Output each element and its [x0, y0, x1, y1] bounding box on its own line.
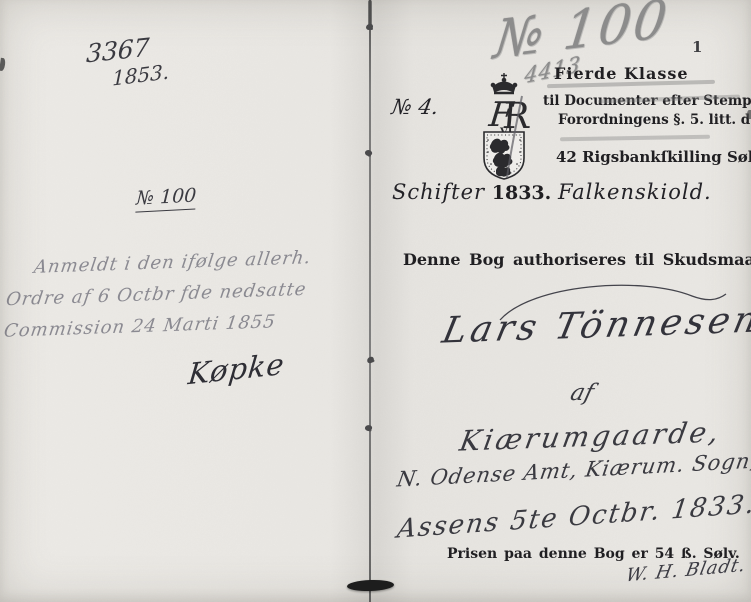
- stamp-ordinance-line: Forordningens §. 5. litt. d.: [558, 112, 751, 128]
- parish-line: N. Odense Amt, Kiærum. Sogn,: [395, 448, 751, 491]
- authorization-line: Denne Bog authoriseres til Skudsmaal for…: [403, 250, 751, 269]
- scan-edge-mark: [747, 110, 751, 119]
- stamp-class-line: Fierde Klasse: [554, 64, 689, 83]
- scan-edge-mark: [0, 58, 6, 72]
- entry-number: № 100: [135, 184, 197, 212]
- binding-seal-blot: [347, 579, 394, 592]
- pencil-number: № 100: [491, 0, 672, 71]
- form-number: № 4.: [390, 95, 441, 119]
- official-name: Falkenskiold.: [558, 180, 712, 204]
- stamp-usage-line: til Documenter efter Stempletpapirs: [543, 93, 751, 109]
- note-line: Commission 24 Marti 1855: [3, 311, 278, 342]
- binding-stitch-knot: [364, 149, 373, 158]
- officials-line: Schifter 1833. Falkenskiold.: [392, 180, 712, 204]
- date-line: Assens 5te Octbr. 1833.: [395, 489, 751, 544]
- binding-stitch-knot: [366, 356, 375, 364]
- crown-icon: [491, 73, 516, 93]
- pencil-smudge: [560, 135, 710, 142]
- binding-stitch-knot: [364, 424, 372, 432]
- stamp-value-line: 42 Rigsbankſkilling Sølv.: [556, 148, 751, 166]
- clerk-signature: Køpke: [186, 347, 286, 392]
- note-line: Anmeldt i den ifølge allerh.: [33, 247, 313, 278]
- note-line: Ordre af 6 Octbr fde nedsatte: [5, 279, 308, 311]
- officials-year: 1833.: [492, 182, 552, 204]
- official-name: Schifter: [392, 180, 485, 204]
- preposition-af: af: [568, 380, 597, 406]
- binding-seam: [369, 0, 371, 602]
- royal-coat-of-arms: F R VI: [458, 70, 550, 184]
- holder-name: Lars Tönnesen: [439, 299, 751, 351]
- scanned-document-page: 3367 1853. № 100 Anmeldt i den ifølge al…: [0, 0, 751, 602]
- shield-icon: [484, 132, 524, 179]
- page-number: 1: [692, 38, 702, 56]
- farm-name: Kiærumgaarde,: [457, 415, 724, 457]
- binding-stitch-knot: [366, 24, 373, 30]
- binding-seam-top: [368, 0, 372, 26]
